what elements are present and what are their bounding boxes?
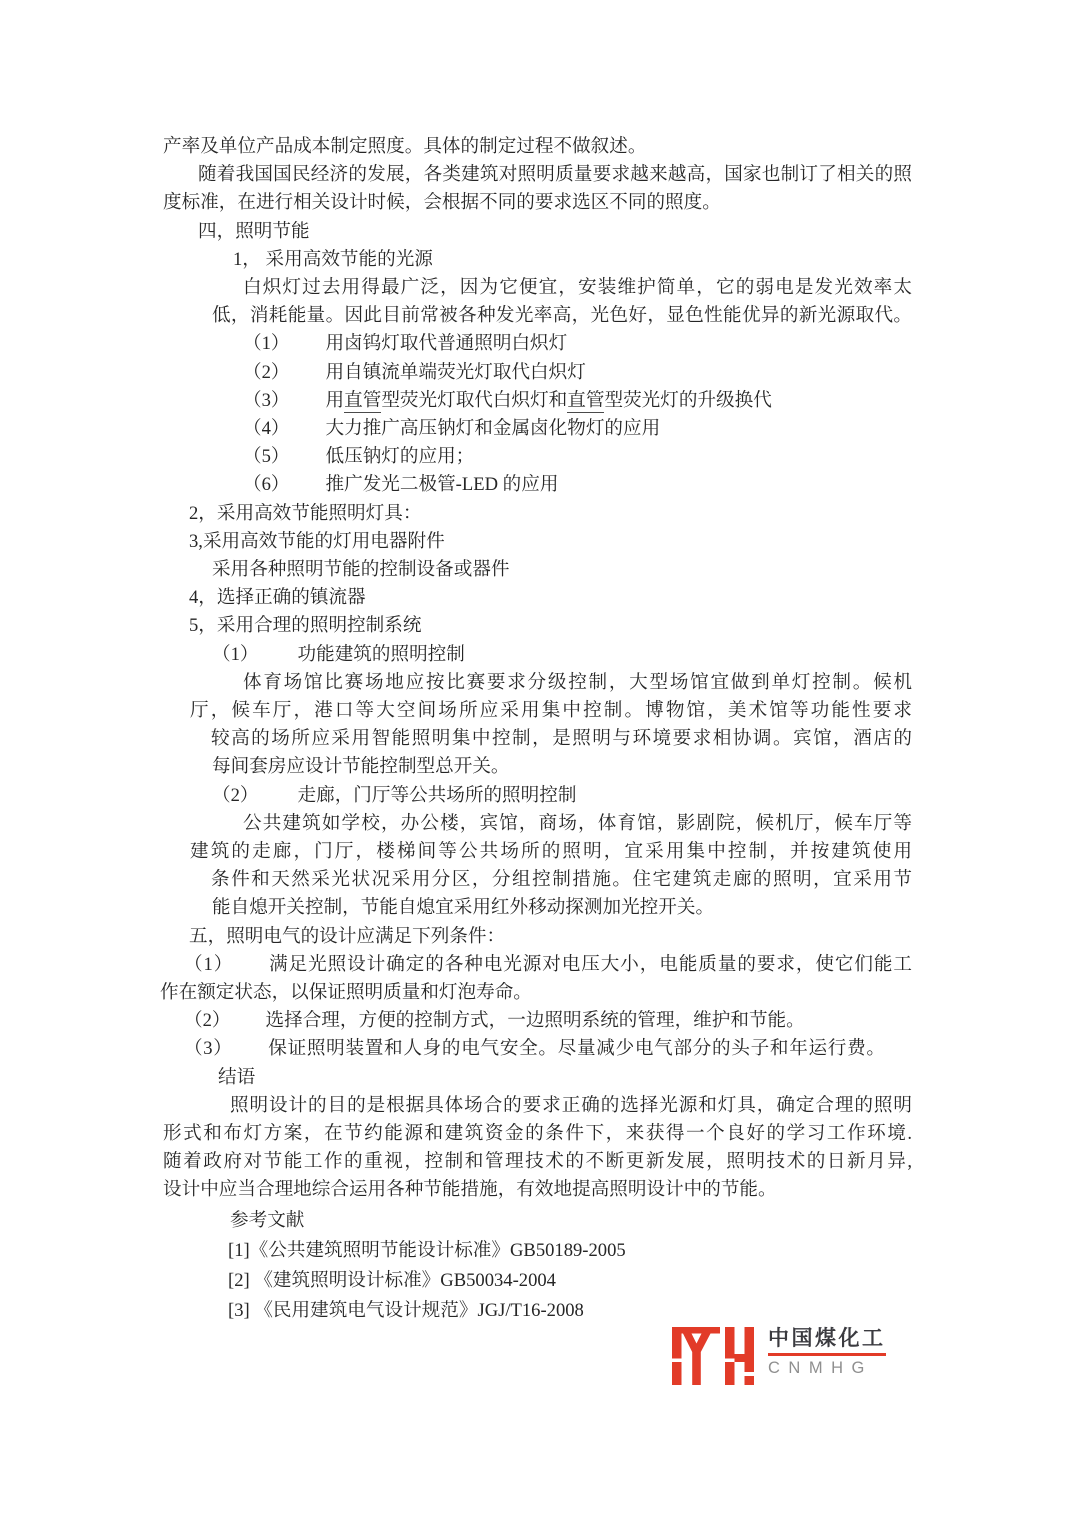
list-tab-space <box>290 377 326 378</box>
text-line-39: 参考文献 <box>230 1207 304 1235</box>
underlined-text: 直管 <box>567 390 604 413</box>
text-segment: [2] 《建筑照明设计标准》GB50034-2004 <box>228 1270 556 1291</box>
text-line-35: 照明设计的目的是根据具体场合的要求正确的选择光源和灯具，确定合理的照明 <box>230 1092 912 1120</box>
text-line-31: 作在额定状态，以保证照明质量和灯泡寿命。 <box>160 979 532 1007</box>
text-segment: 建筑的走廊，门厅，楼梯间等公共场所的照明，宜采用集中控制，并按建筑使用 <box>190 841 912 862</box>
text-line-24: （2）走廊，门厅等公共场所的照明控制 <box>212 782 576 810</box>
text-segment: 厅，候车厅，港口等大空间场所应采用集中控制。博物馆，美术馆等功能性要求 <box>190 700 912 721</box>
list-tab-space <box>233 969 268 970</box>
text-segment: 五，照明电气的设计应满足下列条件： <box>189 926 505 947</box>
text-line-30: （1）满足光照设计确定的各种电光源对电压大小，电能质量的要求，使它们能工 <box>184 951 912 979</box>
logo-underline <box>768 1353 886 1356</box>
text-line-22: 较高的场所应采用智能照明集中控制，是照明与环境要求相协调。宾馆，酒店的 <box>211 725 912 753</box>
text-line-32: （2）选择合理，方便的控制方式，一边照明系统的管理，维护和节能。 <box>184 1007 805 1035</box>
text-line-6: 白炽灯过去用得最广泛，因为它便宜，安装维护简单，它的弱电是发光效率太 <box>243 274 912 302</box>
text-segment: （1） <box>184 954 233 975</box>
text-segment: 结语 <box>218 1067 255 1088</box>
list-tab-space <box>290 348 326 349</box>
text-line-27: 条件和天然采光状况采用分区，分组控制措施。住宅建筑走廊的照明，宜采用节 <box>211 866 912 894</box>
text-line-18: 5，采用合理的照明控制系统 <box>189 612 421 640</box>
text-segment: 用 <box>326 390 345 411</box>
text-line-25: 公共建筑如学校，办公楼，宾馆，商场，体育馆，影剧院，候机厅，候车厅等 <box>243 810 912 838</box>
text-segment: 保证照明装置和人身的电气安全。尽量减少电气部分的头子和年运行费。 <box>268 1038 885 1059</box>
text-segment: 公共建筑如学校，办公楼，宾馆，商场，体育馆，影剧院，候机厅，候车厅等 <box>243 813 912 834</box>
text-segment: 选择合理，方便的控制方式，一边照明系统的管理，维护和节能。 <box>266 1010 805 1031</box>
text-segment: 型荧光灯取代白炽灯和 <box>381 390 567 411</box>
company-logo: 中国煤化工 CNMHG <box>672 1327 902 1387</box>
text-segment: （3） <box>243 390 290 411</box>
text-segment: 随着我国国民经济的发展，各类建筑对照明质量要求越来越高，国家也制订了相关的照 <box>198 164 912 185</box>
text-line-28: 能自熄开关控制，节能自熄宜采用红外移动探测加光控开关。 <box>212 894 714 922</box>
text-segment: 产率及单位产品成本制定照度。具体的制定过程不做叙述。 <box>163 136 646 157</box>
text-line-21: 厅，候车厅，港口等大空间场所应采用集中控制。博物馆，美术馆等功能性要求 <box>190 697 912 725</box>
text-line-16: 采用各种照明节能的控制设备或器件 <box>212 556 510 584</box>
text-segment: 采用各种照明节能的控制设备或器件 <box>212 559 510 580</box>
text-segment: （2） <box>243 362 290 383</box>
text-line-41: [2] 《建筑照明设计标准》GB50034-2004 <box>228 1267 556 1295</box>
text-segment: 体育场馆比赛场地应按比赛要求分级控制，大型场馆宜做到单灯控制。候机 <box>243 672 912 693</box>
text-segment: （4） <box>243 418 290 439</box>
text-line-42: [3] 《民用建筑电气设计规范》JGJ/T16-2008 <box>228 1297 584 1325</box>
text-line-26: 建筑的走廊，门厅，楼梯间等公共场所的照明，宜采用集中控制，并按建筑使用 <box>190 838 912 866</box>
text-line-33: （3）保证照明装置和人身的电气安全。尽量减少电气部分的头子和年运行费。 <box>184 1035 885 1063</box>
text-line-4: 四，照明节能 <box>198 218 310 246</box>
text-segment: （2） <box>184 1010 231 1031</box>
text-segment: [1]《公共建筑照明节能设计标准》GB50189-2005 <box>228 1240 626 1261</box>
text-line-12: （5）低压钠灯的应用； <box>243 443 474 471</box>
text-line-10: （3）用直管型荧光灯取代白炽灯和直管型荧光灯的升级换代 <box>243 387 772 415</box>
document-page: 产率及单位产品成本制定照度。具体的制定过程不做叙述。随着我国国民经济的发展，各类… <box>0 0 1072 1516</box>
logo-mark-shapes <box>672 1327 754 1385</box>
text-segment: 设计中应当合理地综合运用各种节能措施，有效地提高照明设计中的节能。 <box>163 1179 777 1200</box>
logo-company-name: 中国煤化工 <box>768 1328 886 1350</box>
text-line-14: 2，采用高效节能照明灯具： <box>189 500 421 528</box>
underlined-text: 直管 <box>344 390 381 413</box>
text-segment: （2） <box>212 785 259 806</box>
text-segment: 满足光照设计确定的各种电光源对电压大小，电能质量的要求，使它们能工 <box>268 954 912 975</box>
list-tab-space <box>233 1053 268 1054</box>
text-segment: 能自熄开关控制，节能自熄宜采用红外移动探测加光控开关。 <box>212 897 714 918</box>
text-line-2: 随着我国国民经济的发展，各类建筑对照明质量要求越来越高，国家也制订了相关的照 <box>198 161 912 189</box>
text-segment: （1） <box>212 644 259 665</box>
text-line-19: （1）功能建筑的照明控制 <box>212 641 465 669</box>
list-tab-space <box>290 489 326 490</box>
text-segment: 参考文献 <box>230 1210 304 1231</box>
text-segment: 2，采用高效节能照明灯具： <box>189 503 421 524</box>
list-tab-space <box>290 433 326 434</box>
text-segment: 5，采用合理的照明控制系统 <box>189 615 421 636</box>
text-line-34: 结语 <box>218 1064 255 1092</box>
text-segment: （6） <box>243 474 290 495</box>
text-line-37: 随着政府对节能工作的重视，控制和管理技术的不断更新发展，照明技术的日新月异, <box>163 1148 912 1176</box>
text-line-7: 低，消耗能量。因此目前常被各种发光率高，光色好，显色性能优异的新光源取代。 <box>212 302 912 330</box>
text-segment: （1） <box>243 333 290 354</box>
text-line-17: 4，选择正确的镇流器 <box>189 584 366 612</box>
text-line-11: （4）大力推广高压钠灯和金属卤化物灯的应用 <box>243 415 660 443</box>
text-segment: 较高的场所应采用智能照明集中控制，是照明与环境要求相协调。宾馆，酒店的 <box>211 728 912 749</box>
text-segment: 照明设计的目的是根据具体场合的要求正确的选择光源和灯具，确定合理的照明 <box>230 1095 912 1116</box>
text-segment: 大力推广高压钠灯和金属卤化物灯的应用 <box>326 418 661 439</box>
text-line-5: 1， 采用高效节能的光源 <box>233 246 433 274</box>
text-segment: 1， 采用高效节能的光源 <box>233 249 433 270</box>
text-line-15: 3,采用高效节能的灯用电器附件 <box>189 528 445 556</box>
text-segment: 每间套房应设计节能控制型总开关。 <box>212 756 510 777</box>
text-segment: 度标准，在进行相关设计时候，会根据不同的要求选区不同的照度。 <box>163 192 721 213</box>
text-line-8: （1）用卤钨灯取代普通照明白炽灯 <box>243 330 567 358</box>
text-segment: 四，照明节能 <box>198 221 310 242</box>
list-tab-space <box>259 800 298 801</box>
text-line-3: 度标准，在进行相关设计时候，会根据不同的要求选区不同的照度。 <box>163 189 721 217</box>
text-segment: 4，选择正确的镇流器 <box>189 587 366 608</box>
text-segment: （3） <box>184 1038 233 1059</box>
text-line-36: 形式和布灯方案，在节约能源和建筑资金的条件下，来获得一个良好的学习工作环境. <box>163 1120 912 1148</box>
text-line-13: （6）推广发光二极管-LED 的应用 <box>243 471 558 499</box>
text-line-23: 每间套房应设计节能控制型总开关。 <box>212 753 510 781</box>
text-segment: 作在额定状态，以保证照明质量和灯泡寿命。 <box>160 982 532 1003</box>
list-tab-space <box>290 461 326 462</box>
text-line-38: 设计中应当合理地综合运用各种节能措施，有效地提高照明设计中的节能。 <box>163 1176 777 1204</box>
logo-company-abbr: CNMHG <box>768 1360 886 1377</box>
logo-text-block: 中国煤化工 CNMHG <box>768 1328 886 1377</box>
text-line-20: 体育场馆比赛场地应按比赛要求分级控制，大型场馆宜做到单灯控制。候机 <box>243 669 912 697</box>
text-segment: [3] 《民用建筑电气设计规范》JGJ/T16-2008 <box>228 1300 584 1321</box>
text-segment: 功能建筑的照明控制 <box>298 644 465 665</box>
text-segment: 推广发光二极管-LED 的应用 <box>326 474 559 495</box>
list-tab-space <box>290 405 326 406</box>
text-segment: 低，消耗能量。因此目前常被各种发光率高，光色好，显色性能优异的新光源取代。 <box>212 305 912 326</box>
logo-mark-mh-icon <box>672 1327 754 1385</box>
text-segment: 型荧光灯的升级换代 <box>604 390 771 411</box>
list-tab-space <box>231 1025 266 1026</box>
text-segment: 用卤钨灯取代普通照明白炽灯 <box>326 333 568 354</box>
list-tab-space <box>259 659 298 660</box>
text-line-9: （2）用自镇流单端荧光灯取代白炽灯 <box>243 359 586 387</box>
text-line-40: [1]《公共建筑照明节能设计标准》GB50189-2005 <box>228 1237 626 1265</box>
text-segment: 3,采用高效节能的灯用电器附件 <box>189 531 445 552</box>
text-line-29: 五，照明电气的设计应满足下列条件： <box>189 923 505 951</box>
text-segment: 用自镇流单端荧光灯取代白炽灯 <box>326 362 586 383</box>
text-segment: 条件和天然采光状况采用分区，分组控制措施。住宅建筑走廊的照明，宜采用节 <box>211 869 912 890</box>
text-segment: 形式和布灯方案，在节约能源和建筑资金的条件下，来获得一个良好的学习工作环境. <box>163 1123 912 1144</box>
text-segment: 随着政府对节能工作的重视，控制和管理技术的不断更新发展，照明技术的日新月异, <box>163 1151 912 1172</box>
text-line-1: 产率及单位产品成本制定照度。具体的制定过程不做叙述。 <box>163 133 646 161</box>
text-segment: （5） <box>243 446 290 467</box>
text-segment: 走廊，门厅等公共场所的照明控制 <box>298 785 577 806</box>
text-segment: 白炽灯过去用得最广泛，因为它便宜，安装维护简单，它的弱电是发光效率太 <box>243 277 912 298</box>
text-segment: 低压钠灯的应用； <box>326 446 475 467</box>
